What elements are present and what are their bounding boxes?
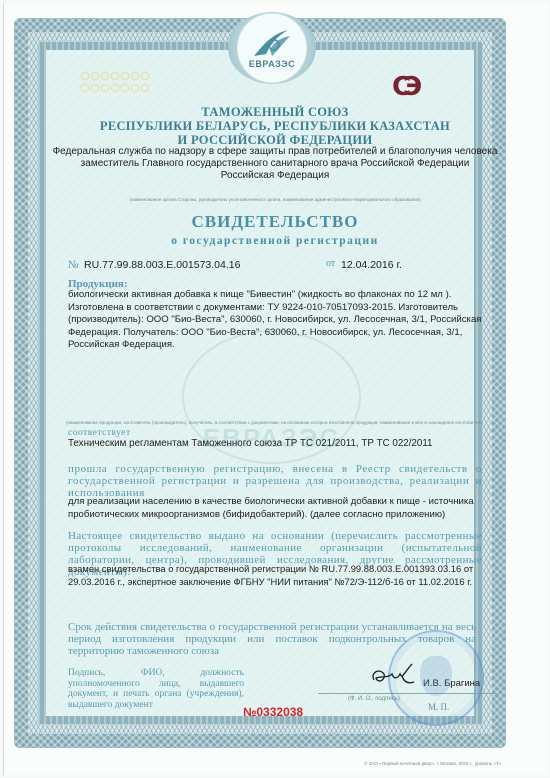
certificate-title: СВИДЕТЕЛЬСТВО — [0, 212, 550, 232]
printer-note: © ЗАО «Первый печатный двор», г. Москва,… — [364, 761, 501, 766]
certificate-date: 12.04.2016 г. — [341, 259, 402, 271]
basis-text: взамен свидетельства о государственной р… — [68, 563, 482, 588]
authority-line-3: Российская Федерация — [0, 170, 550, 181]
certificate-number: RU.77.99.88.003.E.001573.04.16 — [84, 259, 240, 271]
registration-statement: прошла государственную регистрацию, внес… — [68, 463, 482, 499]
signature-caption: Подпись, ФИО, должность уполномоченного … — [68, 668, 244, 710]
product-caption: (наименование продукции, изготовитель (п… — [66, 420, 484, 425]
certificate-subtitle: о государственной регистрации — [0, 235, 550, 247]
authority-caption: (наименование органа Стороны, руководите… — [0, 197, 550, 202]
authority-line-1: Федеральная служба по надзору в сфере за… — [0, 146, 550, 157]
handwritten-signature-icon — [368, 662, 418, 688]
registration-usage: для реализации населению в качестве биол… — [68, 496, 482, 521]
serial-number: №0332038 — [243, 705, 303, 719]
header-line-1: ТАМОЖЕННЫЙ СОЮЗ — [0, 105, 550, 120]
conformity-label: соответствует — [68, 428, 131, 438]
conformity-text: Техническим регламентам Таможенного союз… — [68, 438, 433, 449]
authority-line-2: заместитель Главного государственного са… — [0, 158, 550, 169]
date-label: от — [326, 258, 335, 269]
product-text: биологически активная добавка к пище "Би… — [68, 289, 482, 352]
header-line-2: РЕСПУБЛИКИ БЕЛАРУСЬ, РЕСПУБЛИКИ КАЗАХСТА… — [0, 119, 550, 134]
number-label: № — [68, 259, 79, 271]
